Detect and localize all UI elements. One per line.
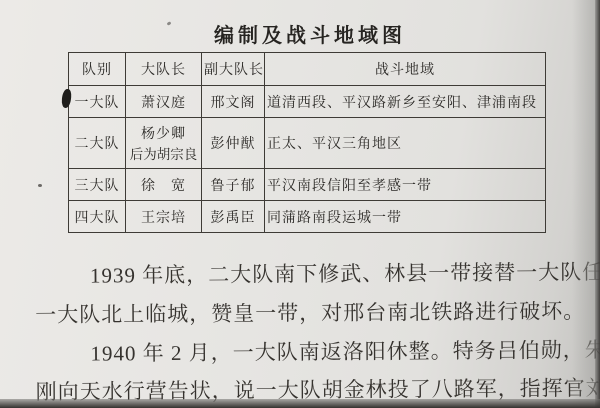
- commander-name: 杨少卿: [128, 123, 199, 143]
- commander-name: 萧汉庭: [128, 92, 199, 112]
- table-header-row: 队别 大队长 副大队长 战斗地域: [69, 53, 546, 86]
- table-row: 二大队 杨少卿 后为胡宗良 彭仲猷 正太、平汉三角地区: [69, 118, 546, 169]
- commander-cell: 萧汉庭: [126, 86, 202, 118]
- table-row: 四大队 王宗培 彭禹臣 同蒲路南段运城一带: [69, 201, 546, 233]
- unit-table: 队别 大队长 副大队长 战斗地域 一大队 萧汉庭 邢文阁 道清西段、平汉路新乡至…: [68, 52, 546, 233]
- commander-cell: 杨少卿 后为胡宗良: [126, 118, 202, 169]
- unit-cell: 三大队: [69, 169, 126, 201]
- col-header-area: 战斗地域: [265, 53, 546, 86]
- body-text: 1939 年底，二大队南下修武、林县一带接替一大队任务， 一大队北上临城，赞皇一…: [33, 0, 593, 2]
- commander-cell: 王宗培: [126, 201, 202, 233]
- commander-note: 后为胡宗良: [128, 143, 199, 163]
- col-header-commander: 大队长: [126, 53, 202, 86]
- commander-name: 王宗培: [128, 207, 199, 227]
- col-header-deputy: 副大队长: [202, 53, 265, 86]
- col-header-unit: 队别: [69, 53, 126, 86]
- page-title: 编制及战斗地域图: [20, 19, 600, 48]
- area-cell: 平汉南段信阳至孝感一带: [265, 169, 546, 201]
- deputy-cell: 彭仲猷: [202, 118, 265, 169]
- paragraph-line: 1939 年底，二大队南下修武、林县一带接替一大队任务，: [35, 256, 595, 290]
- commander-cell: 徐 宽: [126, 169, 202, 201]
- photo-edge-right: [595, 0, 600, 408]
- area-cell: 正太、平汉三角地区: [265, 118, 546, 169]
- unit-cell: 二大队: [69, 118, 126, 169]
- area-cell: 同蒲路南段运城一带: [265, 201, 546, 233]
- table-row: 一大队 萧汉庭 邢文阁 道清西段、平汉路新乡至安阳、津浦南段: [69, 86, 546, 118]
- area-cell: 道清西段、平汉路新乡至安阳、津浦南段: [265, 86, 546, 118]
- table-row: 三大队 徐 宽 鲁子郁 平汉南段信阳至孝感一带: [69, 169, 546, 201]
- deputy-cell: 邢文阁: [202, 86, 265, 118]
- deputy-cell: 彭禹臣: [202, 201, 265, 233]
- unit-cell: 四大队: [69, 201, 126, 233]
- commander-name: 徐 宽: [128, 175, 199, 195]
- unit-cell: 一大队: [69, 86, 126, 118]
- paragraph-line: 一大队北上临城，赞皇一带，对邢台南北铁路进行破坏。: [35, 295, 595, 329]
- photo-edge-bottom: [0, 399, 600, 408]
- paragraph-line: 1940 年 2 月，一大队南返洛阳休整。特务吕伯勋，朱伟: [35, 334, 595, 368]
- scanned-page: 编制及战斗地域图 队别 大队长 副大队长 战斗地域 一大队 萧汉庭 邢文阁 道清…: [0, 0, 600, 408]
- ink-speck: [38, 184, 42, 187]
- deputy-cell: 鲁子郁: [202, 169, 265, 201]
